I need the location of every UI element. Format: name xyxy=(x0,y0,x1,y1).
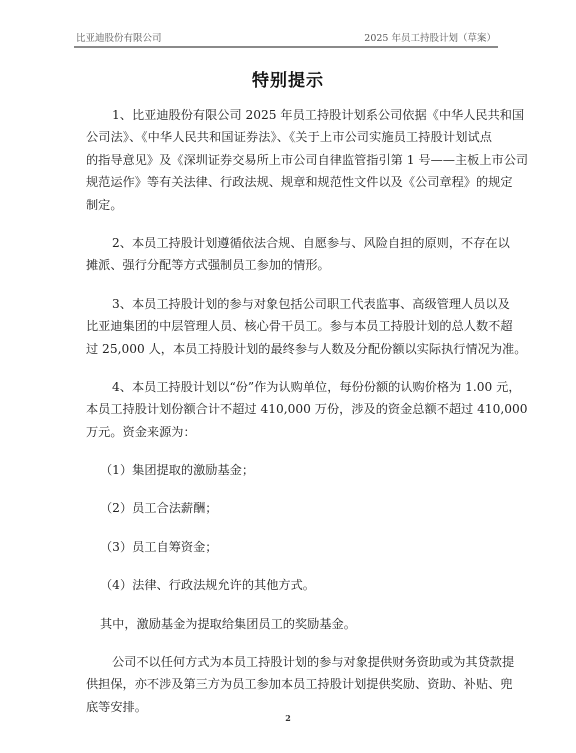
text-line: 制定。 xyxy=(86,194,492,216)
paragraph-2: 2、本员工持股计划遵循依法合规、自愿参与、风险自担的原则，不存在以 摊派、强行分… xyxy=(86,232,492,277)
paragraph-1: 1、比亚迪股份有限公司 2025 年员工持股计划系公司依据《中华人民共和国 公司… xyxy=(86,104,492,216)
header-document-title: 2025 年员工持股计划（草案） xyxy=(364,32,496,46)
funding-source-item: （3）员工自筹资金； xyxy=(86,536,492,558)
funding-source-item: （2）员工合法薪酬； xyxy=(86,497,492,519)
header-divider xyxy=(74,46,498,48)
paragraph-3: 3、本员工持股计划的参与对象包括公司职工代表监事、高级管理人员以及 比亚迪集团的… xyxy=(86,293,492,360)
text-line: 摊派、强行分配等方式强制员工参加的情形。 xyxy=(86,254,492,276)
text-line: 规范运作》等有关法律、行政法规、规章和规范性文件以及《公司章程》的规定 xyxy=(86,171,492,193)
text-line: 1、比亚迪股份有限公司 2025 年员工持股计划系公司依据《中华人民共和国 xyxy=(86,104,492,126)
page-number: 2 xyxy=(0,713,576,723)
funding-source-item: （4）法律、行政法规允许的其他方式。 xyxy=(86,574,492,596)
text-line: 2、本员工持股计划遵循依法合规、自愿参与、风险自担的原则，不存在以 xyxy=(86,232,492,254)
text-line: 公司法》、《中华人民共和国证券法》、《关于上市公司实施员工持股计划试点 xyxy=(86,126,492,148)
text-line: 本员工持股计划份额合计不超过 410,000 万份，涉及的资金总额不超过 410… xyxy=(86,398,492,420)
page-header: 比亚迪股份有限公司 2025 年员工持股计划（草案） xyxy=(74,30,498,46)
text-line: 3、本员工持股计划的参与对象包括公司职工代表监事、高级管理人员以及 xyxy=(86,293,492,315)
text-line: 4、本员工持股计划以“份”作为认购单位，每份份额的认购价格为 1.00 元， xyxy=(86,376,492,398)
text-line: 比亚迪集团的中层管理人员、核心骨干员工。参与本员工持股计划的总人数不超 xyxy=(86,315,492,337)
incentive-fund-note: 其中，激励基金为提取给集团员工的奖励基金。 xyxy=(86,613,492,635)
funding-source-item: （1）集团提取的激励基金； xyxy=(86,459,492,481)
page-title: 特别提示 xyxy=(0,66,576,91)
text-line: 供担保，亦不涉及第三方为员工参加本员工持股计划提供奖励、资助、补贴、兜 xyxy=(86,673,492,695)
closing-paragraph: 公司不以任何方式为本员工持股计划的参与对象提供财务资助或为其贷款提 供担保，亦不… xyxy=(86,651,492,718)
text-line: 过 25,000 人，本员工持股计划的最终参与人数及分配份额以实际执行情况为准。 xyxy=(86,338,492,360)
paragraph-4: 4、本员工持股计划以“份”作为认购单位，每份份额的认购价格为 1.00 元， 本… xyxy=(86,376,492,443)
text-line: 公司不以任何方式为本员工持股计划的参与对象提供财务资助或为其贷款提 xyxy=(86,651,492,673)
text-line: 的指导意见》及《深圳证券交易所上市公司自律监管指引第 1 号——主板上市公司 xyxy=(86,149,492,171)
document-page: 比亚迪股份有限公司 2025 年员工持股计划（草案） 特别提示 1、比亚迪股份有… xyxy=(0,0,576,753)
text-line: 万元。资金来源为： xyxy=(86,421,492,443)
document-body: 1、比亚迪股份有限公司 2025 年员工持股计划系公司依据《中华人民共和国 公司… xyxy=(86,104,492,734)
header-company-name: 比亚迪股份有限公司 xyxy=(76,32,162,46)
